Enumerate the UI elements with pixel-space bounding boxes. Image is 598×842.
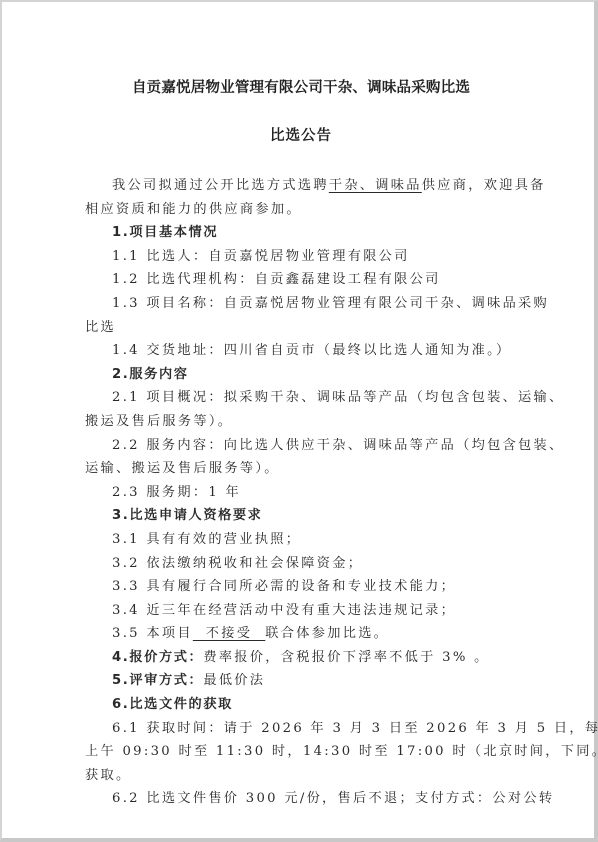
section-6-item-2: 6.2 比选文件售价 300 元/份，售后不退；支付方式：公对公转 xyxy=(85,787,501,811)
section-1-item-4: 1.4 交货地址：四川省自贡市（最终以比选人通知为准。） xyxy=(85,339,501,363)
section-1-item-1: 1.1 比选人：自贡嘉悦居物业管理有限公司 xyxy=(85,245,501,269)
document-body: 我公司拟通过公开比选方式选聘干杂、调味品供应商，欢迎具备 相应资质和能力的供应商… xyxy=(85,174,501,811)
section-5-heading: 5.评审方式： xyxy=(112,673,203,688)
section-3-heading: 3.比选申请人资格要求 xyxy=(85,504,501,528)
section-4-text: 费率报价，含税报价下浮率不低于 3% 。 xyxy=(203,650,489,665)
section-5-text: 最低价法 xyxy=(203,673,265,688)
section-2-heading: 2.服务内容 xyxy=(85,363,501,387)
section-2-item-2: 2.2 服务内容：向比选人供应干杂、调味品等产品（均包含包装、 xyxy=(85,434,501,458)
section-6-item-1-continuation: 上午 09:30 时至 11:30 时，14:30 时至 17:00 时（北京时… xyxy=(85,740,501,764)
consortium-blank: 不接受 xyxy=(193,626,265,641)
item-5-prefix: 3.5 本项目 xyxy=(112,626,193,641)
section-6-item-1-continuation-2: 获取。 xyxy=(85,764,501,788)
item-5-suffix: 联合体参加比选。 xyxy=(265,626,389,641)
document-page: 自贡嘉悦居物业管理有限公司干杂、调味品采购比选 比选公告 我公司拟通过公开比选方… xyxy=(0,0,598,842)
section-4-heading: 4.报价方式： xyxy=(112,650,203,665)
section-1-item-3-continuation: 比选 xyxy=(85,316,501,340)
section-3-item-5: 3.5 本项目 不接受 联合体参加比选。 xyxy=(85,622,501,646)
section-6-heading: 6.比选文件的获取 xyxy=(85,693,501,717)
intro-paragraph: 我公司拟通过公开比选方式选聘干杂、调味品供应商，欢迎具备 xyxy=(85,174,501,198)
section-3-item-3: 3.3 具有履行合同所必需的设备和专业技术能力； xyxy=(85,575,501,599)
section-1-item-2: 1.2 比选代理机构：自贡鑫磊建设工程有限公司 xyxy=(85,268,501,292)
section-2-item-2-continuation: 运输、搬运及售后服务等）。 xyxy=(85,457,501,481)
section-5: 5.评审方式：最低价法 xyxy=(85,669,501,693)
document-subtitle: 比选公告 xyxy=(2,124,598,145)
section-2-item-3: 2.3 服务期：1 年 xyxy=(85,481,501,505)
intro-text-after: 供应商，欢迎具备 xyxy=(422,178,546,193)
section-6-item-1: 6.1 获取时间：请于 2026 年 3 月 3 日至 2026 年 3 月 5… xyxy=(85,717,501,741)
section-3-item-4: 3.4 近三年在经营活动中没有重大违法违规记录； xyxy=(85,599,501,623)
section-3-item-1: 3.1 具有有效的营业执照； xyxy=(85,528,501,552)
intro-text: 我公司拟通过公开比选方式选聘 xyxy=(112,178,329,193)
section-3-item-2: 3.2 依法缴纳税收和社会保障资金； xyxy=(85,552,501,576)
section-4: 4.报价方式：费率报价，含税报价下浮率不低于 3% 。 xyxy=(85,646,501,670)
section-1-item-3: 1.3 项目名称：自贡嘉悦居物业管理有限公司干杂、调味品采购 xyxy=(85,292,501,316)
section-1-heading: 1.项目基本情况 xyxy=(85,221,501,245)
intro-continuation: 相应资质和能力的供应商参加。 xyxy=(85,198,501,222)
section-2-item-1-continuation: 搬运及售后服务等）。 xyxy=(85,410,501,434)
section-2-item-1: 2.1 项目概况：拟采购干杂、调味品等产品（均包含包装、运输、 xyxy=(85,386,501,410)
intro-underlined-goods: 干杂、调味品 xyxy=(329,178,422,193)
document-title: 自贡嘉悦居物业管理有限公司干杂、调味品采购比选 xyxy=(2,76,598,97)
